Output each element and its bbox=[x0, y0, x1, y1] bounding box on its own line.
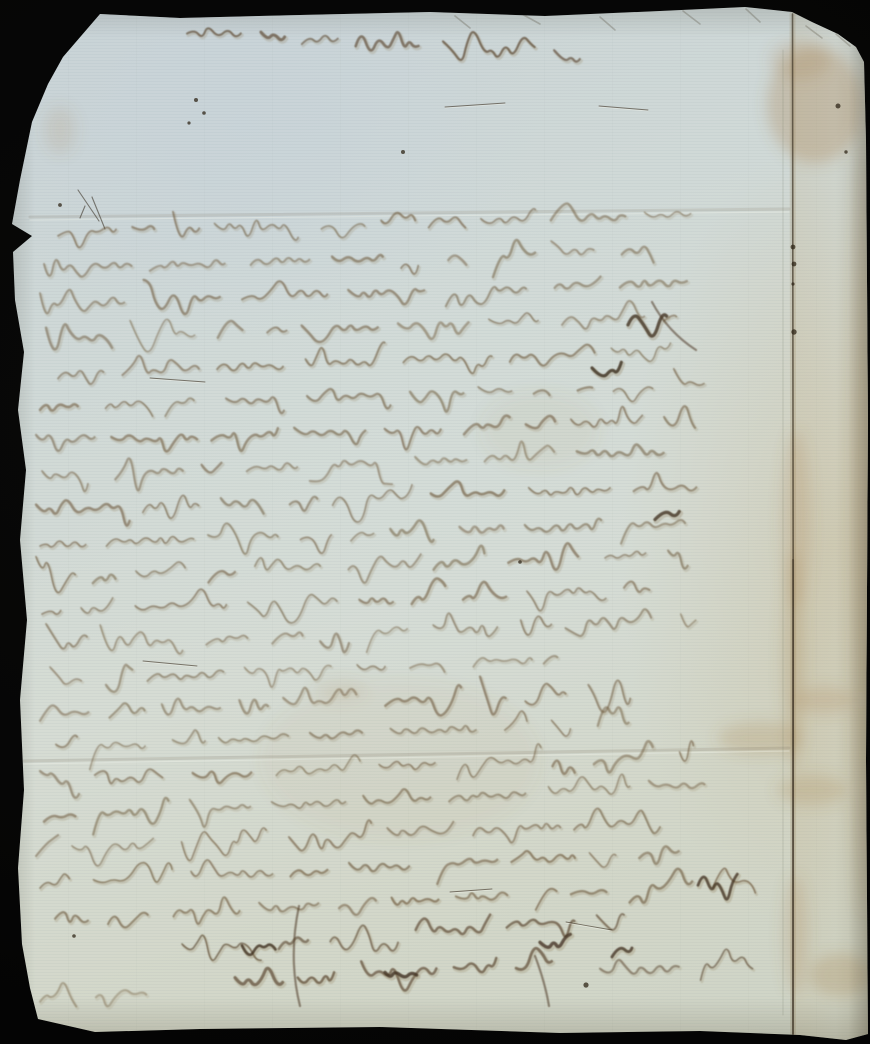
bleed-through-handwriting-layer bbox=[0, 0, 870, 1044]
mirrored-handwriting bbox=[36, 28, 757, 1008]
ink-specks bbox=[58, 98, 848, 988]
corner-crack bbox=[78, 190, 105, 229]
manuscript-scan bbox=[0, 0, 870, 1044]
letter-sheet bbox=[0, 0, 870, 1044]
foxing-stains bbox=[44, 40, 870, 997]
